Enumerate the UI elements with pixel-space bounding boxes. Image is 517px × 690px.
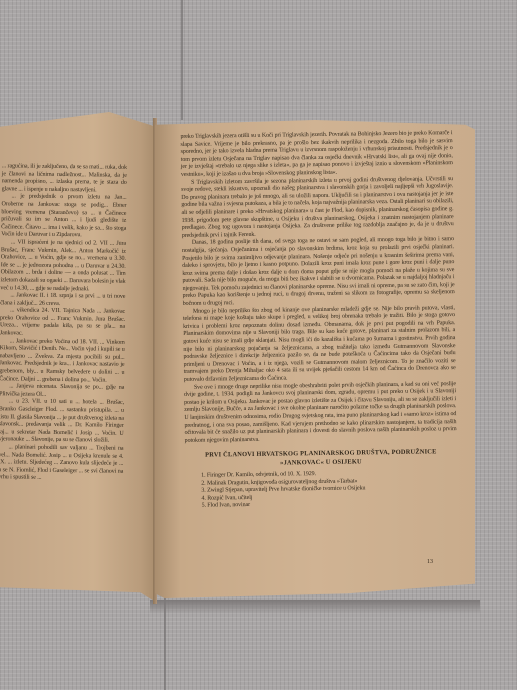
left-paragraph: ... Jankovac II. i 18. srpnja i sa prvi … bbox=[0, 292, 125, 309]
left-paragraph: ... VII ispraćeni je na sjednici od 2. V… bbox=[0, 239, 126, 294]
left-paragraph: ... Jankovac preko Voćina od 18. VII. ..… bbox=[0, 338, 125, 385]
left-page: ... ragućina, ili je zaključeno, da se s… bbox=[0, 112, 156, 602]
left-paragraph: ... vikendica 24. VII. Tajnica Nada ... … bbox=[0, 308, 125, 340]
left-paragraph: ... planinari pohodili sav valjanu ... T… bbox=[0, 444, 124, 483]
right-paragraph: Danas, 18 godina poslije tih dana, od sv… bbox=[182, 236, 455, 308]
right-paragraph: Sve ove i mnoge druge neprilike nisu mog… bbox=[184, 381, 457, 446]
left-page-text: ... ragućina, ili je zaključeno, da se s… bbox=[0, 163, 127, 483]
left-paragraph: ... je predsjednik o prvom izletu na Jan… bbox=[1, 194, 127, 241]
members-list: 1. Firinger Dr. Kamilo, odvjetnik, od 10… bbox=[201, 469, 457, 510]
right-page-text: preko Triglavskih jezera otišli su u Koč… bbox=[180, 130, 457, 510]
tablecloth-seam-top bbox=[181, 0, 183, 120]
members-heading: PRVI ČLANOVI HRVATSKOG PLANINARSKOG DRUŠ… bbox=[185, 447, 457, 469]
page-number: 13 bbox=[427, 559, 433, 565]
right-paragraph: Mnogo je bilo nepriliko što zbog od kina… bbox=[183, 305, 456, 385]
left-paragraph: ... Janjeva nicenata. Slavonija se po...… bbox=[0, 383, 124, 400]
right-paragraph: preko Triglavskih jezera otišli su u Koč… bbox=[180, 130, 453, 179]
right-page: preko Triglavskih jezera otišli su u Koč… bbox=[155, 120, 475, 598]
left-paragraph: ... ragućina, ili je zaključeno, da se s… bbox=[2, 163, 127, 195]
right-paragraph: S Triglavskih izletom završila je sezona… bbox=[181, 176, 454, 241]
book-shadow bbox=[150, 600, 480, 614]
left-paragraph: ... u 23. VII. u 10 sati u ... hotela ..… bbox=[0, 399, 124, 446]
